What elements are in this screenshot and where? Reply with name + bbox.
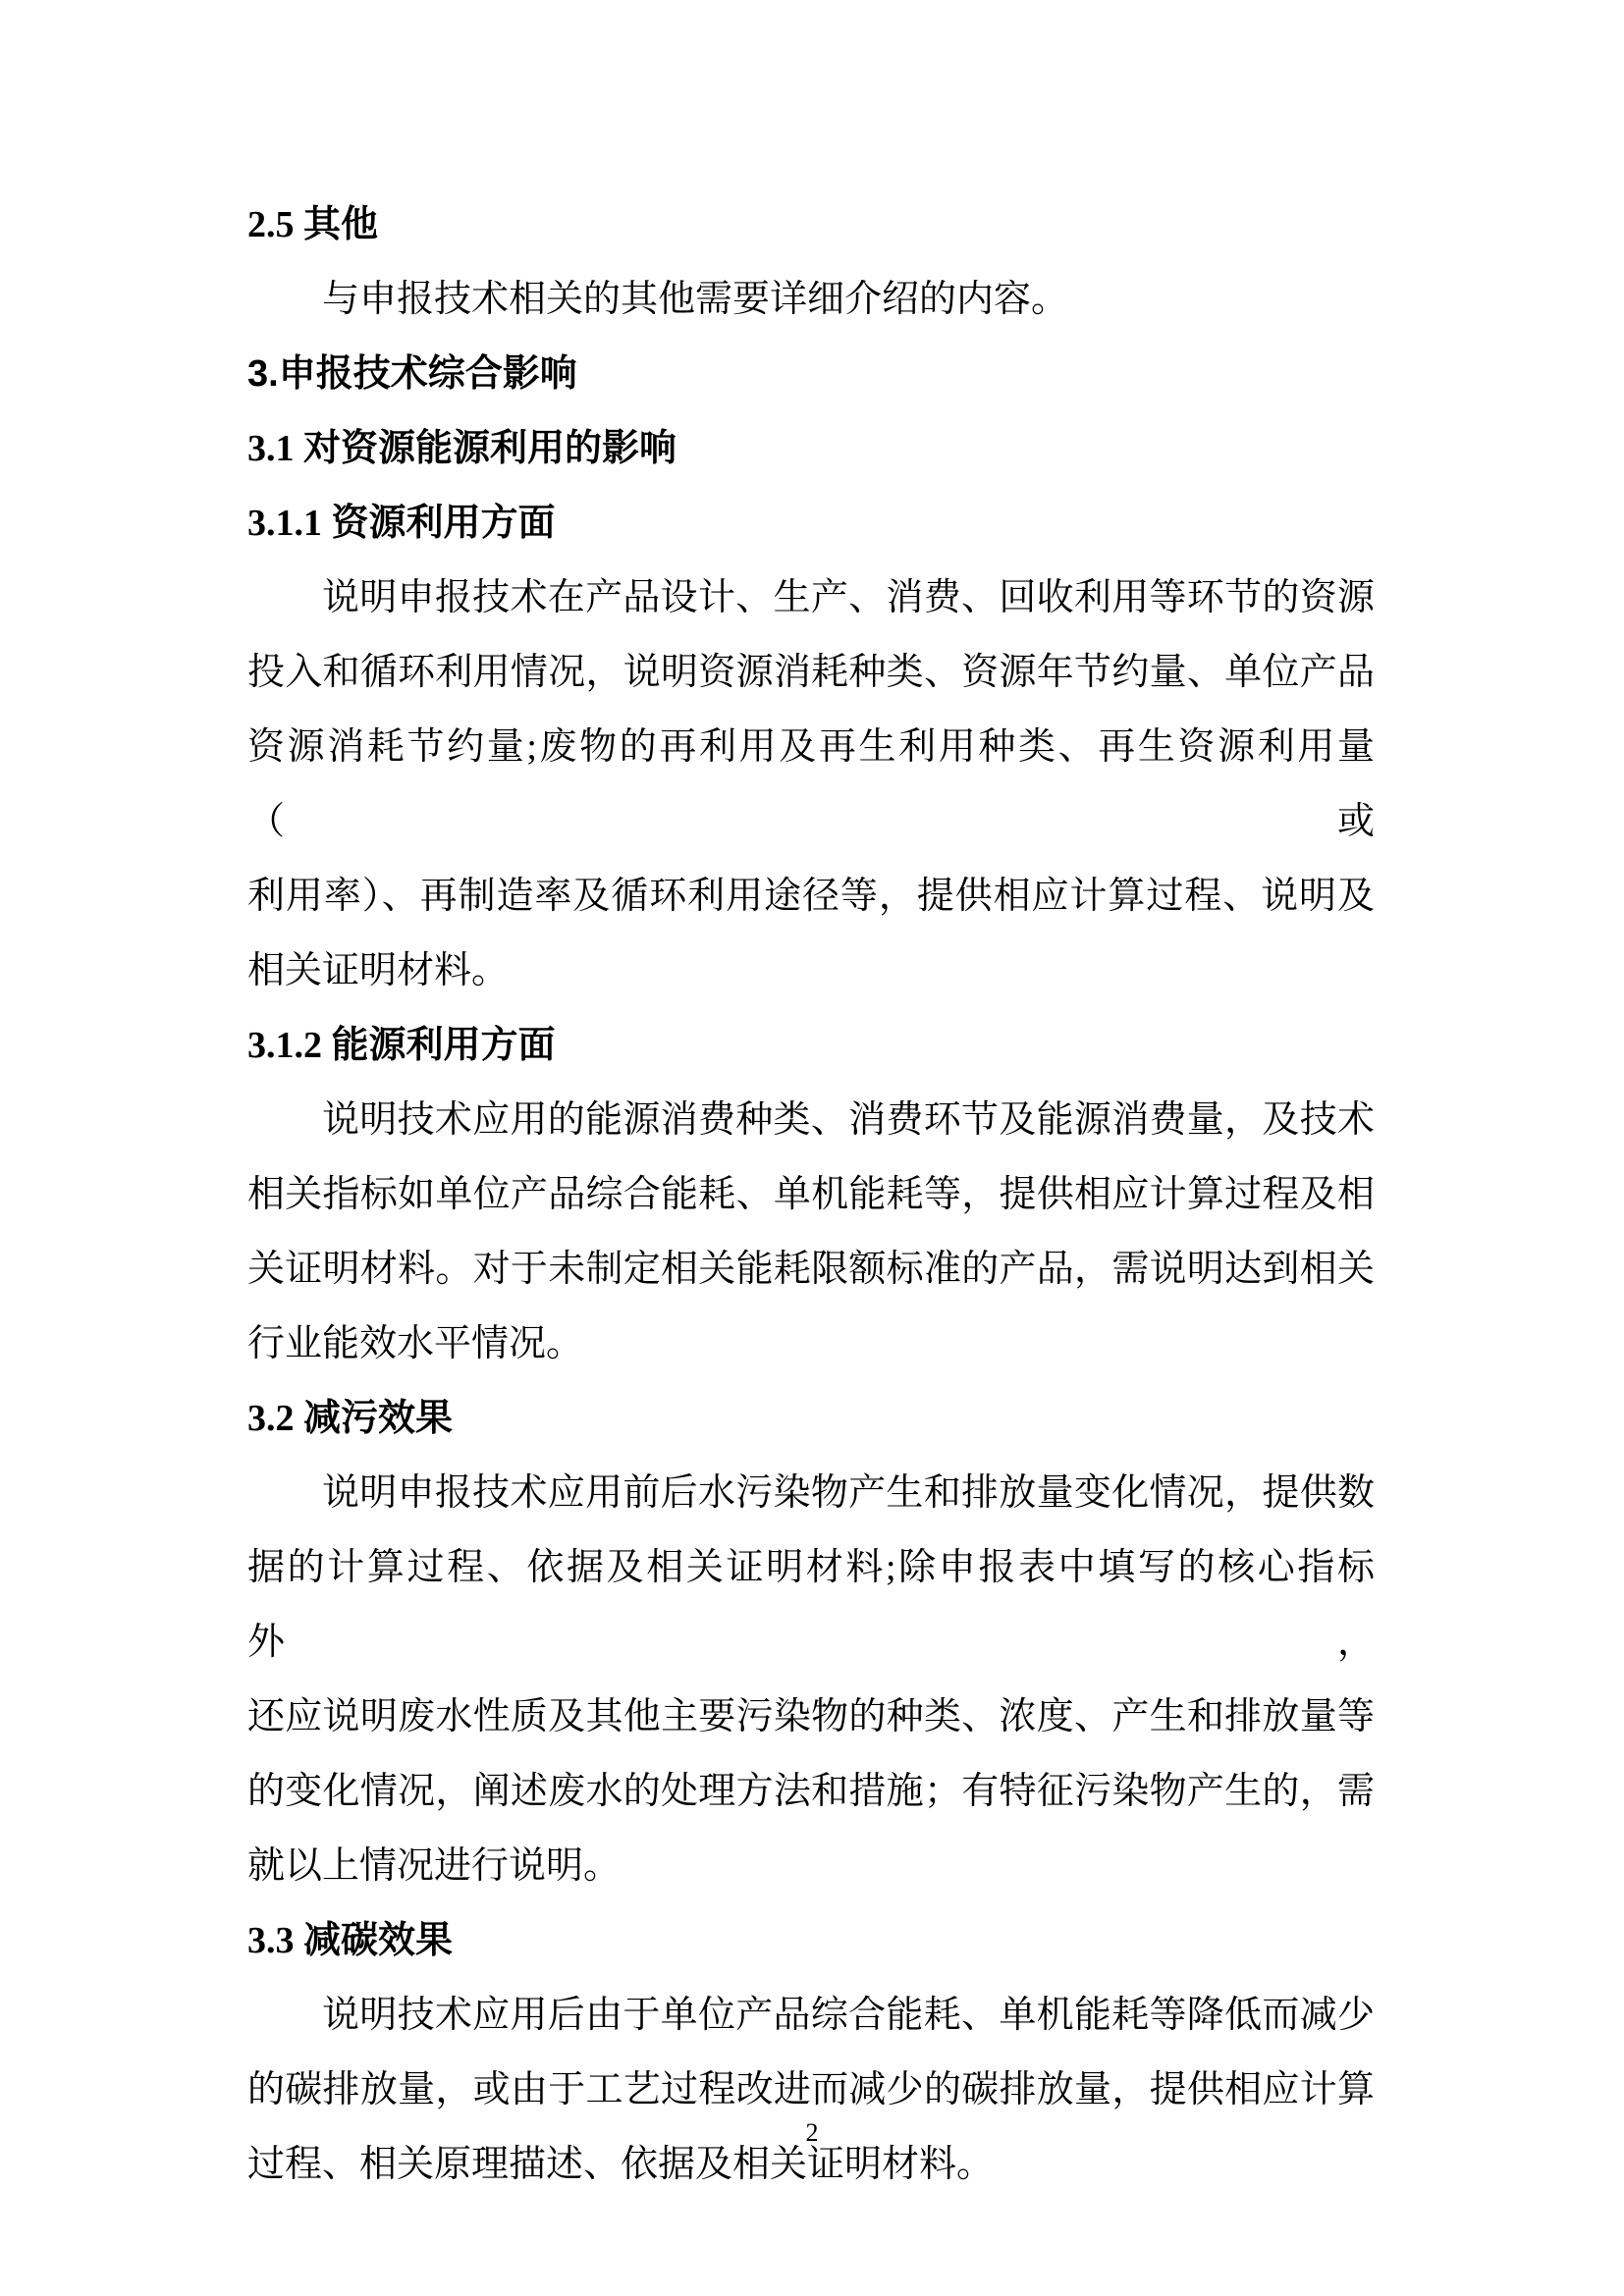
body-line: 的变化情况，阐述废水的处理方法和措施；有特征污染物产生的，需 [247,1754,1375,1829]
body-line: 行业能效水平情况。 [247,1307,1375,1381]
body-line: 相关证明材料。 [247,934,1375,1008]
body-line: 的碳排放量，或由于工艺过程改进而减少的碳排放量，提供相应计算 [247,2053,1375,2127]
body-line: 与申报技术相关的其他需要详细介绍的内容。 [247,262,1375,337]
heading-3-2: 3.2 减污效果 [247,1381,1375,1456]
heading-2-5: 2.5 其他 [247,187,1375,262]
body-line: 说明技术应用的能源消费种类、消费环节及能源消费量，及技术 [247,1083,1375,1157]
body-line: 就以上情况进行说明。 [247,1829,1375,1903]
body-line: 投入和循环利用情况，说明资源消耗种类、资源年节约量、单位产品 [247,635,1375,710]
body-line: 关证明材料。对于未制定相关能耗限额标准的产品，需说明达到相关 [247,1232,1375,1307]
page-number: 2 [0,2118,1624,2148]
heading-3-1-1: 3.1.1 资源利用方面 [247,486,1375,561]
body-line: 说明申报技术应用前后水污染物产生和排放量变化情况，提供数 [247,1456,1375,1530]
heading-3-1-2: 3.1.2 能源利用方面 [247,1008,1375,1083]
body-line: 利用率）、再制造率及循环利用途径等，提供相应计算过程、说明及 [247,859,1375,934]
heading-3: 3.申报技术综合影响 [247,337,1375,411]
document-page: 2.5 其他 与申报技术相关的其他需要详细介绍的内容。 3.申报技术综合影响 3… [0,0,1624,2296]
document-body: 2.5 其他 与申报技术相关的其他需要详细介绍的内容。 3.申报技术综合影响 3… [247,187,1375,2202]
body-line: 资源消耗节约量;废物的再利用及再生利用种类、再生资源利用量（或 [247,710,1375,859]
body-line: 还应说明废水性质及其他主要污染物的种类、浓度、产生和排放量等 [247,1680,1375,1754]
body-line: 说明技术应用后由于单位产品综合能耗、单机能耗等降低而减少 [247,1978,1375,2053]
body-line: 说明申报技术在产品设计、生产、消费、回收利用等环节的资源 [247,561,1375,635]
heading-3-3: 3.3 减碳效果 [247,1903,1375,1978]
body-line: 据的计算过程、依据及相关证明材料;除申报表中填写的核心指标外， [247,1530,1375,1680]
body-line: 相关指标如单位产品综合能耗、单机能耗等，提供相应计算过程及相 [247,1157,1375,1232]
heading-3-1: 3.1 对资源能源利用的影响 [247,411,1375,486]
